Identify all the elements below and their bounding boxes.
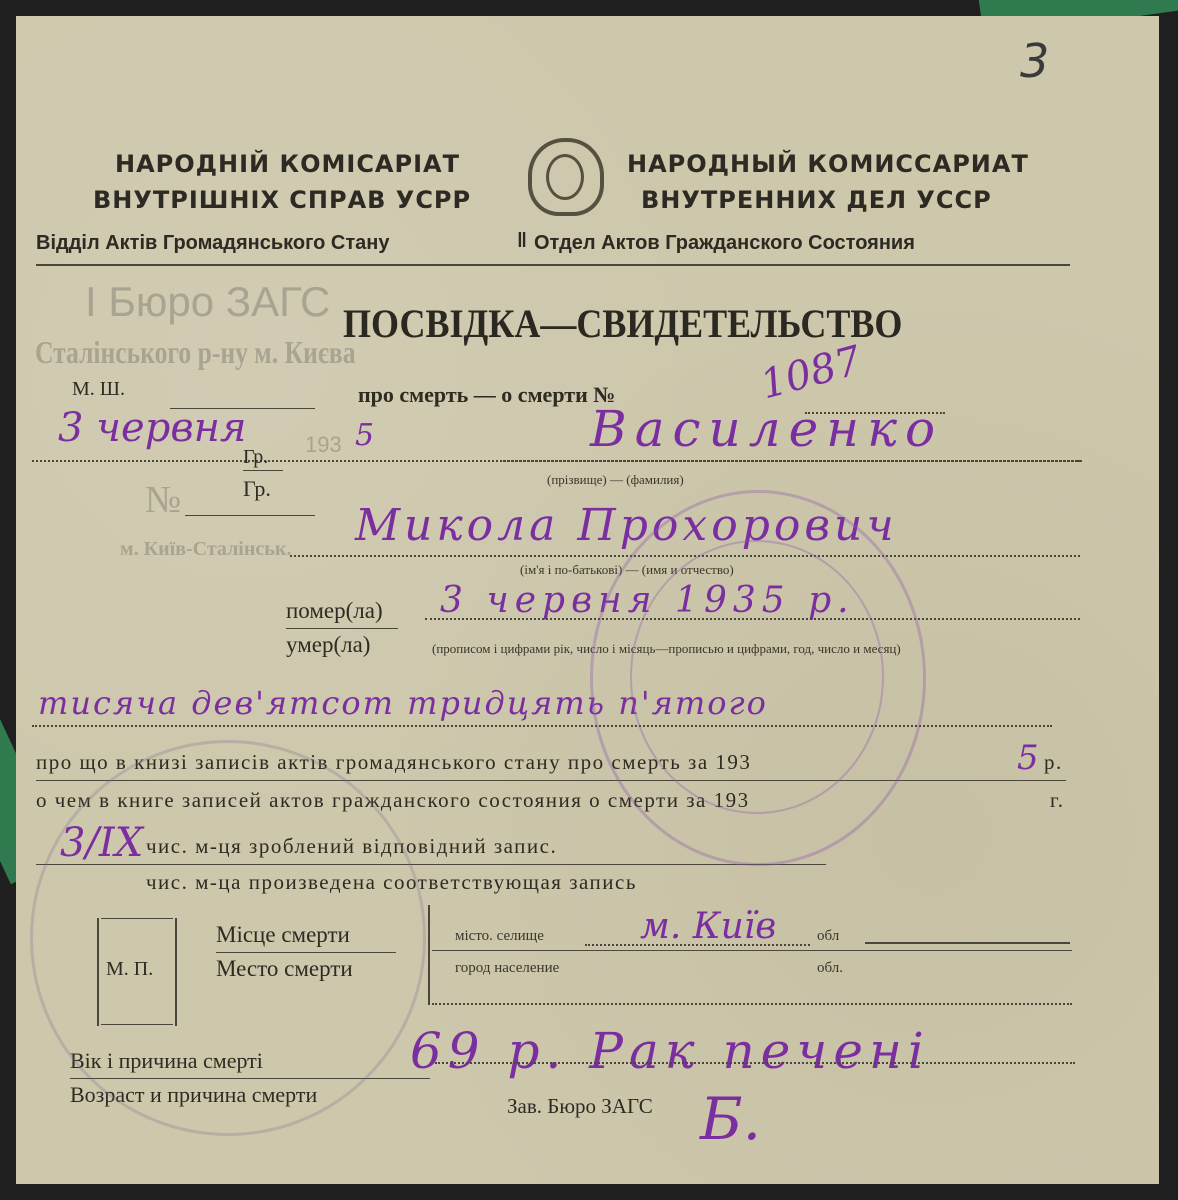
- place-brace: [428, 905, 430, 1005]
- year-handwritten: 5: [355, 418, 374, 453]
- citizen-label-ru: Гр.: [243, 476, 271, 502]
- age-cause-line: [435, 1062, 1075, 1064]
- no-label: №: [145, 478, 181, 522]
- page-number: 3: [1020, 34, 1049, 88]
- record-ua-suffix: р.: [1044, 750, 1063, 775]
- ussr-coat-of-arms-icon: [528, 138, 604, 216]
- certificate-title: ПОСВІДКА—СВИДЕТЕЛЬСТВО: [343, 300, 902, 347]
- surname-value: Василенко: [590, 400, 943, 458]
- no-line: [185, 515, 315, 516]
- certificate-subtitle: про смерть — о смерти №: [358, 382, 615, 408]
- header-ua-line2: ВНУТРІШНІХ СПРАВ УСРР: [93, 186, 471, 214]
- header-ua-line1: НАРОДНІЙ КОМІСАРІАТ: [115, 150, 460, 178]
- record-ru-suffix: г.: [1050, 788, 1065, 813]
- department-divider: ‖: [517, 230, 527, 253]
- record-ua-year: 5: [1017, 738, 1039, 778]
- surname-line: [500, 460, 1080, 462]
- death-date-handwritten: 3 червня: [58, 405, 246, 451]
- city-label: м. Київ-Сталінськ.: [120, 538, 291, 561]
- year-printed: 193: [305, 432, 342, 458]
- died-label-ru: умер(ла): [286, 632, 370, 658]
- place-oblast-ua: обл: [817, 928, 839, 945]
- citizen-divider: [243, 470, 283, 471]
- department-ua: Відділ Актів Громадянського Стану: [36, 232, 390, 255]
- place-oblast-ru: обл.: [817, 960, 843, 977]
- died-label-ua: помер(ла): [286, 598, 383, 624]
- place-city-ua: місто. селище: [455, 928, 544, 945]
- age-cause-value: 69 р. Рак печені: [410, 1022, 930, 1080]
- signature-label: Зав. Бюро ЗАГС: [507, 1094, 653, 1119]
- zags-stamp-line1: I Бюро ЗАГС: [85, 278, 330, 326]
- official-stamp-bottom-left: [30, 740, 426, 1136]
- surname-caption: (прізвище) — (фамилия): [547, 472, 684, 488]
- place-city-ru: город население: [455, 960, 559, 977]
- signature-value: Б.: [700, 1085, 761, 1153]
- place-city-line: [585, 944, 810, 946]
- place-bottom-line: [432, 1003, 1072, 1005]
- department-ru: Отдел Актов Гражданского Состояния: [534, 232, 915, 255]
- place-city-value: м. Київ: [640, 906, 776, 947]
- place-divider: [432, 950, 1072, 951]
- place-oblast-line: [865, 942, 1070, 944]
- header-ru-line1: НАРОДНЫЙ КОМИССАРИАТ: [627, 150, 1029, 178]
- citizen-label-ua: Гр.: [243, 446, 268, 469]
- header-ru-line2: ВНУТРЕННИХ ДЕЛ УССР: [641, 186, 992, 214]
- header-rule: [36, 264, 1070, 266]
- died-divider: [286, 628, 398, 629]
- mp-label: М. Ш.: [72, 378, 125, 401]
- zags-stamp-line2: Сталінського р-ну м. Києва: [35, 334, 356, 371]
- official-stamp-center-inner: [630, 540, 884, 814]
